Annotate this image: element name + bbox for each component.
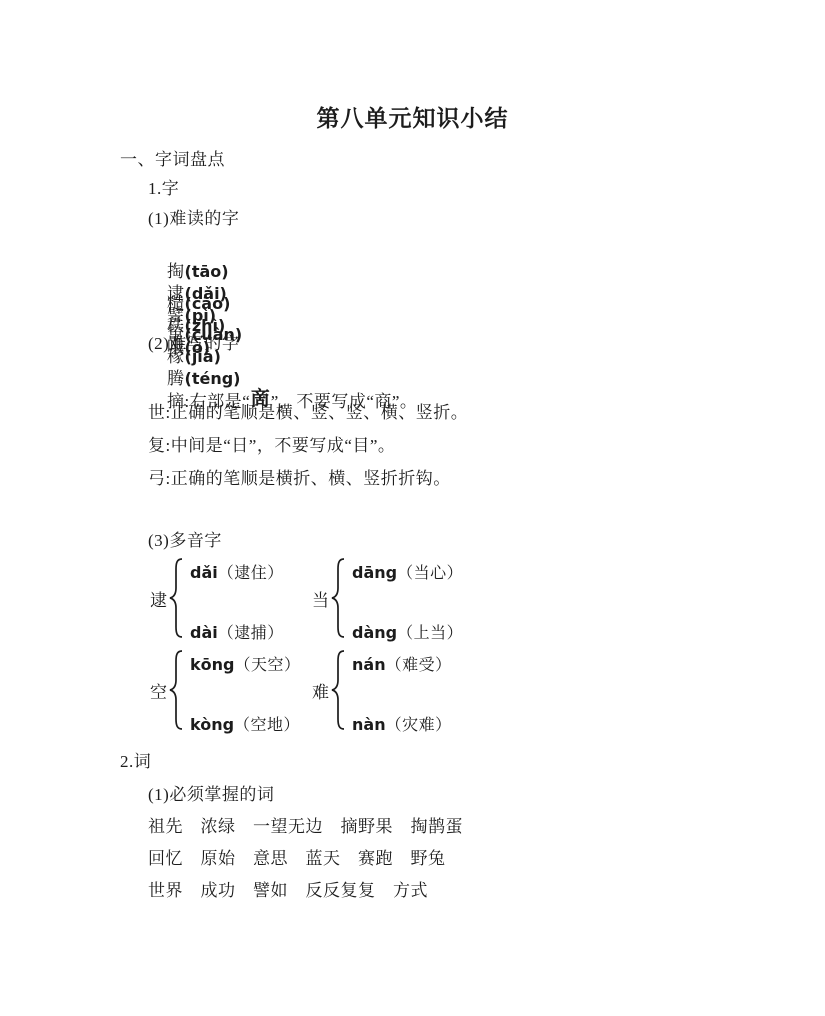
pinyin: kòng: [190, 715, 234, 734]
heading-hard-read: (1)难读的字: [148, 208, 239, 230]
polyphone-char: 逮: [150, 586, 167, 611]
example-word: （上当）: [397, 625, 463, 642]
polyphone-char: 空: [150, 678, 167, 703]
stroke-note: 弓:正确的笔顺是横折、横、竖折折钩。: [148, 468, 451, 490]
section-heading-zici: 一、字词盘点: [120, 149, 225, 171]
document-title: 第八单元知识小结: [0, 100, 825, 133]
polyphone-reading: nàn（灾难）: [352, 712, 452, 735]
stroke-note: 世:正确的笔顺是横、竖、竖、横、竖折。: [148, 402, 468, 424]
polyphone-char: 难: [312, 678, 329, 703]
word-list-row: 祖先 浓绿 一望无边 摘野果 掏鹊蛋: [148, 816, 463, 838]
polyphone-group: 空 kōng（天空） kòng（空地）: [150, 648, 330, 732]
example-word: （空地）: [234, 717, 300, 734]
word-list-row: 回忆 原始 意思 蓝天 赛跑 野兔: [148, 848, 446, 870]
pinyin: dài: [190, 623, 218, 642]
pinyin: dǎi: [190, 563, 218, 582]
heading-zi: 1.字: [148, 178, 179, 200]
heading-must-master: (1)必须掌握的词: [148, 784, 274, 806]
polyphone-char: 当: [312, 586, 329, 611]
polyphone-group: 逮 dǎi（逮住） dài（逮捕）: [150, 556, 330, 640]
example-word: （天空）: [234, 657, 300, 674]
heading-ci: 2.词: [120, 751, 151, 773]
heading-polyphonic: (3)多音字: [148, 530, 222, 552]
brace-icon: [330, 650, 346, 730]
pinyin: nán: [352, 655, 386, 674]
stroke-note: 复:中间是“日”，不要写成“目”。: [148, 435, 395, 457]
brace-icon: [168, 558, 184, 638]
pinyin: dàng: [352, 623, 397, 642]
polyphone-reading: kōng（天空）: [190, 652, 301, 675]
polyphone-reading: dǎi（逮住）: [190, 560, 284, 583]
polyphone-reading: dāng（当心）: [352, 560, 463, 583]
heading-hard-write: (2)难写的字: [148, 333, 239, 355]
brace-icon: [330, 558, 346, 638]
polyphone-reading: dài（逮捕）: [190, 620, 284, 643]
word-list-row: 世界 成功 譬如 反反复复 方式: [148, 880, 428, 902]
pinyin: dāng: [352, 563, 397, 582]
polyphone-group: 难 nán（难受） nàn（灾难）: [312, 648, 492, 732]
example-word: （灾难）: [386, 717, 452, 734]
brace-icon: [168, 650, 184, 730]
document-page: 第八单元知识小结 一、字词盘点 1.字 (1)难读的字 掏(tāo) 逮(dǎi…: [0, 0, 825, 1016]
example-word: （当心）: [397, 565, 463, 582]
polyphone-reading: kòng（空地）: [190, 712, 300, 735]
pinyin: kōng: [190, 655, 234, 674]
pinyin: nàn: [352, 715, 386, 734]
example-word: （逮住）: [218, 565, 284, 582]
polyphone-reading: nán（难受）: [352, 652, 452, 675]
example-word: （难受）: [386, 657, 452, 674]
polyphone-reading: dàng（上当）: [352, 620, 463, 643]
example-word: （逮捕）: [218, 625, 284, 642]
stroke-note-zhai: 摘:右部是“啇”，不要写成“商”。: [148, 367, 417, 435]
polyphone-group: 当 dāng（当心） dàng（上当）: [312, 556, 492, 640]
